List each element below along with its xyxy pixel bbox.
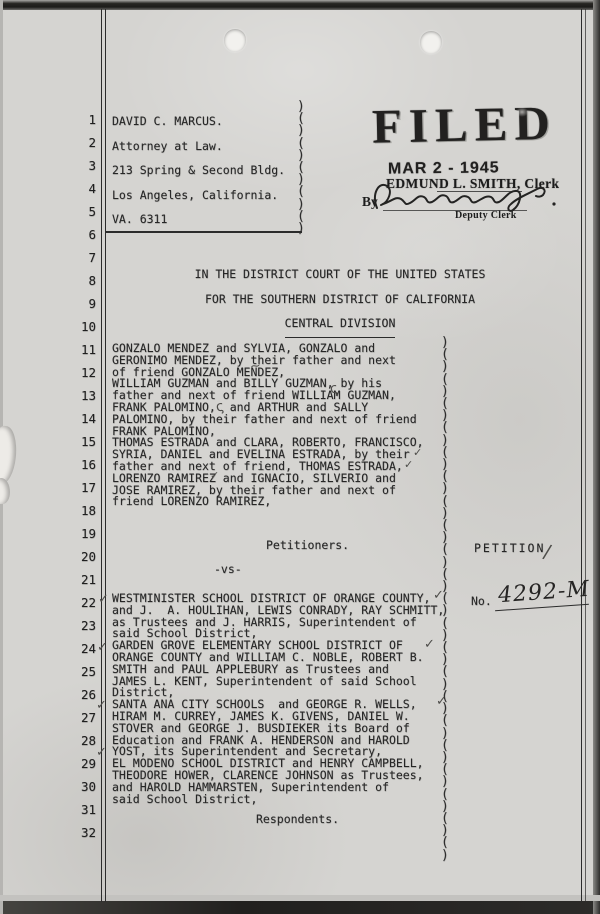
line-number: 19: [74, 526, 96, 541]
line-number: 6: [74, 227, 96, 242]
scanned-court-document: 1234567891011121314151617181920212223242…: [0, 0, 600, 914]
attorney-block: DAVID C. MARCUS. Attorney at Law. 213 Sp…: [112, 109, 285, 232]
line-number: 27: [74, 710, 96, 725]
line-number: 22: [74, 595, 96, 610]
line-number: 11: [74, 342, 96, 357]
deputy-clerk-signature: [370, 177, 568, 221]
case-number-label: No.: [471, 594, 492, 608]
attorney-block-underline: [106, 231, 302, 233]
line-number: 2: [74, 135, 96, 150]
versus-label: -vs-: [214, 562, 242, 576]
line-number: 23: [74, 618, 96, 633]
right-margin-rule-outer: [585, 9, 586, 902]
line-number: 1: [74, 112, 96, 127]
filed-stamp-distress-overlay: [372, 100, 552, 148]
line-number: 5: [74, 204, 96, 219]
brace-column-attorney: ) ( ) ( ) ( ) ( ) ( ): [297, 101, 305, 235]
line-number: 25: [74, 664, 96, 679]
line-number: 15: [74, 434, 96, 449]
line-number: 31: [74, 802, 96, 817]
line-number: 8: [74, 273, 96, 288]
petitioners-block: GONZALO MENDEZ and SYLVIA, GONZALO and G…: [112, 343, 424, 508]
punch-hole-left: [224, 29, 246, 52]
line-number: 12: [74, 365, 96, 380]
court-header: IN THE DISTRICT COURT OF THE UNITED STAT…: [165, 262, 515, 338]
line-number: 32: [74, 825, 96, 840]
left-margin-rule-outer: [101, 9, 102, 902]
line-number: 4: [74, 181, 96, 196]
line-number: 28: [74, 733, 96, 748]
line-number: 3: [74, 158, 96, 173]
line-number: 29: [74, 756, 96, 771]
scan-edge-right: [593, 0, 600, 914]
line-number: 14: [74, 411, 96, 426]
line-number: 21: [74, 572, 96, 587]
line-number: 13: [74, 388, 96, 403]
respondents-label: Respondents.: [256, 812, 339, 826]
line-number-column: 1234567891011121314151617181920212223242…: [0, 0, 100, 914]
petitioners-label: Petitioners.: [266, 538, 349, 552]
left-margin-rule-inner: [105, 9, 106, 902]
punch-hole-right: [420, 31, 442, 54]
right-margin-rule-inner: [581, 9, 582, 902]
line-number: 30: [74, 779, 96, 794]
line-number: 10: [74, 319, 96, 334]
court-header-line1: IN THE DISTRICT COURT OF THE UNITED STAT…: [165, 262, 515, 287]
line-number: 18: [74, 503, 96, 518]
line-number: 24: [74, 641, 96, 656]
petition-label: PETITION: [474, 541, 545, 555]
line-number: 20: [74, 549, 96, 564]
line-number: 16: [74, 457, 96, 472]
court-header-line2: FOR THE SOUTHERN DISTRICT OF CALIFORNIA: [165, 287, 515, 312]
respondents-block: WESTMINISTER SCHOOL DISTRICT OF ORANGE C…: [112, 593, 444, 805]
court-header-division: CENTRAL DIVISION: [285, 311, 396, 338]
case-number-handwritten: 4292-M: [497, 577, 590, 608]
line-number: 9: [74, 296, 96, 311]
line-number: 7: [74, 250, 96, 265]
line-number: 26: [74, 687, 96, 702]
line-number: 17: [74, 480, 96, 495]
